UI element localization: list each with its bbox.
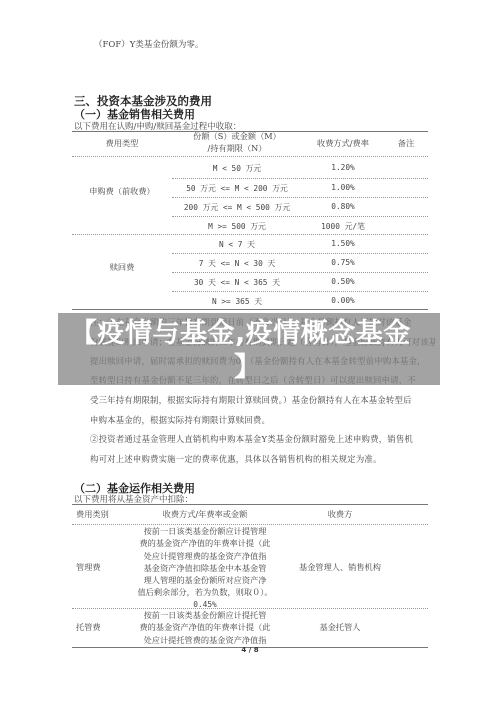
table-row-range: N < 7 天 (172, 239, 302, 250)
method-line: 理人管理的基金份额所对应资产净 (135, 574, 275, 586)
table-row-range: N >= 365 天 (172, 296, 302, 307)
table-row-range: 7 天 <= N < 30 天 (172, 258, 302, 269)
header-remark: 备注 (384, 138, 428, 149)
overlay-title-closing-bracket: 】 (234, 352, 261, 384)
table-row-rate: 1.20% (302, 163, 384, 172)
note-line: ②投资者通过基金管理人直销机构申购本基金Y类基金份额时豁免上述申购费，销售机 (90, 433, 413, 445)
method-custody-fee: 按前一日该类基金份额应计提托管 费的基金资产净值的年费率计提（此 处应计提托管费… (135, 609, 275, 646)
method-line: 费的基金资产净值的年费率计提（此 (135, 621, 275, 633)
header-rate: 收费方式/费率 (302, 138, 384, 149)
table-row-rate: 0.50% (302, 277, 384, 286)
table-bottom-rule (72, 309, 428, 310)
table-row-range: 30 天 <= N < 365 天 (172, 277, 302, 288)
method-line: 按前一日该类基金份额应计提管理 (135, 525, 275, 537)
header-range-line1: 份额（S）或金额（M） (172, 131, 302, 142)
row-divider (172, 291, 428, 292)
category-custody-fee: 托管费 (76, 622, 101, 633)
table-top-rule (72, 504, 428, 505)
header-range-line2: /持有期限（N） (172, 143, 302, 154)
table-row-rate: 1.50% (302, 239, 384, 248)
method-line: 按前一日该类基金份额应计提托管 (135, 609, 275, 621)
table-row-rate: 0.75% (302, 258, 384, 267)
table-row-rate: 0.80% (302, 202, 384, 211)
category-management-fee: 管理费 (76, 562, 101, 573)
row-divider (172, 253, 428, 254)
method-line: 值后剩余部分，若为负数，则取０）。 (135, 586, 275, 598)
note-line: 受三年持有期限制，根据实际持有期限计算赎回费。）基金份额持有人在本基金转型后 (90, 394, 412, 406)
table-row-range: M >= 500 万元 (172, 221, 302, 232)
payee-management-fee: 基金管理人、销售机构 (270, 562, 410, 573)
header-divider (72, 156, 428, 157)
table-row-rate: 0.00% (302, 296, 384, 305)
table-row-range: 200 万元 <= M < 500 万元 (172, 202, 302, 213)
note-line: 构可对上述申购费实施一定的费率优惠，具体以各销售机构的相关规定为准。 (90, 453, 382, 465)
page-number: 4 / 8 (0, 646, 500, 654)
method-management-fee: 按前一日该类基金份额应计提管理 费的基金资产净值的年费率计提（此 处应计提管理费… (135, 525, 275, 611)
method-line: 处应计提管理费的基金资产净值指 (135, 550, 275, 562)
header-payee: 收费方 (270, 509, 410, 520)
header-fee-type: 费用类型 (72, 138, 172, 149)
previous-paragraph-tail: （FOF）Y类基金份额为零。 (94, 38, 203, 50)
note-line: 申购本基金的，根据实际持有期限计算赎回费。 (90, 414, 270, 426)
method-line: 处应计提托管费的基金资产净值指 (135, 634, 275, 646)
group-divider (72, 234, 428, 235)
row-divider (172, 197, 428, 198)
fee-type-subscription: 申购费（前收费） (72, 186, 172, 197)
header-category: 费用类别 (76, 509, 109, 520)
overlay-title: 【疫情与基金,疫情概念基金 (70, 318, 450, 350)
row-divider (172, 178, 428, 179)
table-row-range: M < 50 万元 (172, 163, 302, 174)
table-row-rate: 1000 元/笔 (302, 221, 384, 232)
row-divider (172, 272, 428, 273)
method-line: 基金资产净值扣除基金中本基金管 (135, 562, 275, 574)
method-line: 费的基金资产净值的年费率计提（此 (135, 537, 275, 549)
payee-custody-fee: 基金托管人 (270, 622, 410, 633)
header-method: 收费方式/年费率或金额 (135, 509, 275, 520)
table-row-rate: 1.00% (302, 183, 384, 192)
table-row-range: 50 万元 <= M < 200 万元 (172, 183, 302, 194)
fee-type-redemption: 赎回费 (72, 262, 172, 273)
row-divider (172, 216, 428, 217)
